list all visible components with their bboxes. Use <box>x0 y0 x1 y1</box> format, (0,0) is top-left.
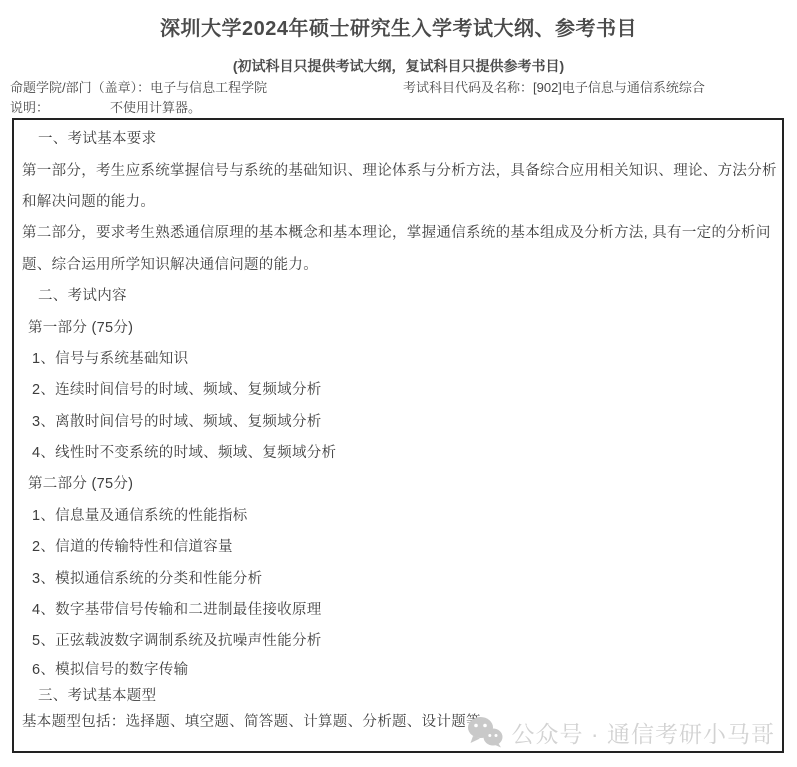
content-line-part1-topic-4: 4、线性时不变系统的时域、频域、复频域分析 <box>22 436 776 467</box>
content-line-section-1: 一、考试基本要求 <box>22 122 776 153</box>
content-line-part2-topic-2: 2、信道的传输特性和信道容量 <box>22 530 776 561</box>
meta-row: 命题学院/部门（盖章）：电子与信息工程学院 考试科目代码及名称：[902]电子信… <box>0 77 797 95</box>
content-line-part1-topic-2: 2、连续时间信号的时域、频域、复频域分析 <box>22 373 776 404</box>
content-line-part2-topic-4: 4、数字基带信号传输和二进制最佳接收原理 <box>22 593 776 624</box>
content-line-part2-topic-3: 3、模拟通信系统的分类和性能分析 <box>22 561 776 592</box>
content-line-section-3: 三、考试基本题型 <box>22 682 776 708</box>
subject-code-name: 考试科目代码及名称：[902]电子信息与通信系统综合 <box>403 77 705 96</box>
exam-syllabus-page: 深圳大学2024年硕士研究生入学考试大纲、参考书目 (初试科目只提供考试大纲，复… <box>0 0 797 767</box>
content-line-part1-heading: 第一部分 (75分) <box>22 310 776 341</box>
content-line-part2-topic-1: 1、信息量及通信系统的性能指标 <box>22 499 776 530</box>
note-value: 不使用计算器。 <box>110 97 201 116</box>
content-line-part1-desc-a: 第一部分，考生应系统掌握信号与系统的基础知识、理论体系与分析方法，具备综合应用相… <box>22 153 776 184</box>
watermark-text: 公众号 · 通信考研小马哥 <box>512 716 775 749</box>
content-line-part1-topic-3: 3、离散时间信号的时域、频域、复频域分析 <box>22 405 776 436</box>
content-line-part2-topic-5: 5、正弦载波数字调制系统及抗噪声性能分析 <box>22 624 776 655</box>
issuing-department: 命题学院/部门（盖章）：电子与信息工程学院 <box>10 77 267 96</box>
content-line-part2-desc-b: 题、综合运用所学知识解决通信问题的能力。 <box>22 248 776 279</box>
note-label: 说明： <box>10 97 49 116</box>
content-line-part2-topic-6: 6、模拟信号的数字传输 <box>22 656 776 682</box>
page-subtitle: (初试科目只提供考试大纲，复试科目只提供参考书目) <box>0 56 797 76</box>
note-row: 说明： 不使用计算器。 <box>0 97 797 115</box>
content-line-part1-topic-1: 1、信号与系统基础知识 <box>22 342 776 373</box>
content-line-section-2: 二、考试内容 <box>22 279 776 310</box>
syllabus-content-box: 一、考试基本要求 第一部分，考生应系统掌握信号与系统的基础知识、理论体系与分析方… <box>12 118 784 753</box>
watermark: 公众号 · 通信考研小马哥 <box>467 714 775 750</box>
content-line-part2-heading: 第二部分 (75分) <box>22 467 776 498</box>
wechat-icon <box>467 716 503 748</box>
page-title: 深圳大学2024年硕士研究生入学考试大纲、参考书目 <box>0 12 797 41</box>
content-line-part1-desc-b: 和解决问题的能力。 <box>22 185 776 216</box>
content-line-part2-desc-a: 第二部分，要求考生熟悉通信原理的基本概念和基本理论，掌握通信系统的基本组成及分析… <box>22 216 776 247</box>
